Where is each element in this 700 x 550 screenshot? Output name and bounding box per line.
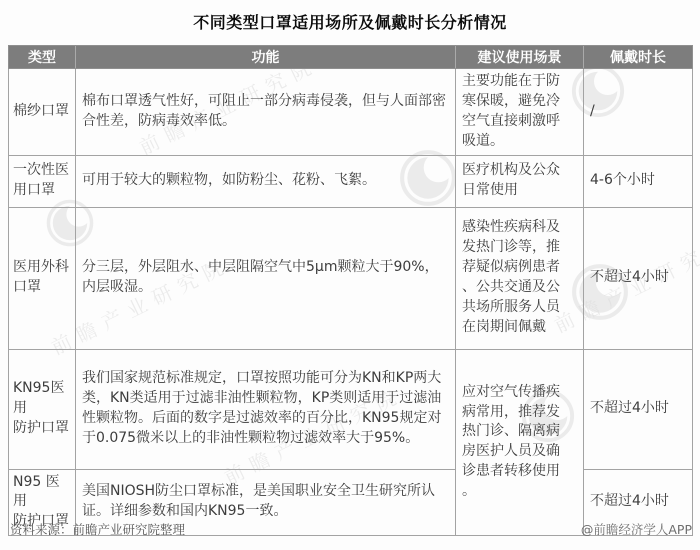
cell-type: 医用外科 口罩 <box>9 207 76 349</box>
cell-function: 可用于较大的颗粒物，如防粉尘、花粉、飞絮。 <box>76 155 456 207</box>
cell-scenario: 感染性疾病科及 发热门诊等，推 荐疑似病例患者 、公共交通及公 共场所服务人员 … <box>456 207 584 349</box>
cell-duration: 不超过4小时 <box>584 207 693 349</box>
cell-duration: / <box>584 69 693 156</box>
cell-function: 棉布口罩透气性好，可阻止一部分病毒侵袭，但与人面部密合性差，防病毒效率低。 <box>76 69 456 156</box>
table-row: 一次性医 用口罩 可用于较大的颗粒物，如防粉尘、花粉、飞絮。 医疗机构及公众 日… <box>9 155 693 207</box>
cell-duration: 4-6个小时 <box>584 155 693 207</box>
footer: 资料来源：前瞻产业研究院整理 @前瞻经济学人APP <box>10 520 692 538</box>
table-header: 类型 功能 建议使用场景 佩戴时长 <box>9 46 693 69</box>
table-row: KN95医用 防护口罩 我们国家规范标准规定，口罩按照功能可分为KN和KP两大类… <box>9 349 693 469</box>
mask-comparison-table: 类型 功能 建议使用场景 佩戴时长 棉纱口罩 棉布口罩透气性好，可阻止一部分病毒… <box>8 45 693 536</box>
header-function: 功能 <box>76 46 456 69</box>
cell-type: 一次性医 用口罩 <box>9 155 76 207</box>
cell-function: 分三层，外层阻水、中层阻隔空气中5μm颗粒大于90%，内层吸湿。 <box>76 207 456 349</box>
page-title: 不同类型口罩适用场所及佩戴时长分析情况 <box>0 10 700 33</box>
cell-scenario: 医疗机构及公众 日常使用 <box>456 155 584 207</box>
cell-type: 棉纱口罩 <box>9 69 76 156</box>
table-row: 棉纱口罩 棉布口罩透气性好，可阻止一部分病毒侵袭，但与人面部密合性差，防病毒效率… <box>9 69 693 156</box>
header-duration: 佩戴时长 <box>584 46 693 69</box>
header-scenario: 建议使用场景 <box>456 46 584 69</box>
cell-type: KN95医用 防护口罩 <box>9 349 76 469</box>
cell-scenario-merged: 应对空气传播疾 病常用，推荐发 热门诊、隔离病 房医护人员及确 诊患者转移使用 … <box>456 349 584 536</box>
header-row: 类型 功能 建议使用场景 佩戴时长 <box>9 46 693 69</box>
source-note: 资料来源：前瞻产业研究院整理 <box>10 520 185 538</box>
table-row: 医用外科 口罩 分三层，外层阻水、中层阻隔空气中5μm颗粒大于90%，内层吸湿。… <box>9 207 693 349</box>
table-body: 棉纱口罩 棉布口罩透气性好，可阻止一部分病毒侵袭，但与人面部密合性差，防病毒效率… <box>9 69 693 536</box>
cell-function: 我们国家规范标准规定，口罩按照功能可分为KN和KP两大类，KN类适用于过滤非油性… <box>76 349 456 469</box>
header-type: 类型 <box>9 46 76 69</box>
cell-scenario: 主要功能在于防 寒保暖，避免冷 空气直接刺激呼 吸道。 <box>456 69 584 156</box>
credit-note: @前瞻经济学人APP <box>581 520 692 538</box>
cell-duration: 不超过4小时 <box>584 349 693 469</box>
